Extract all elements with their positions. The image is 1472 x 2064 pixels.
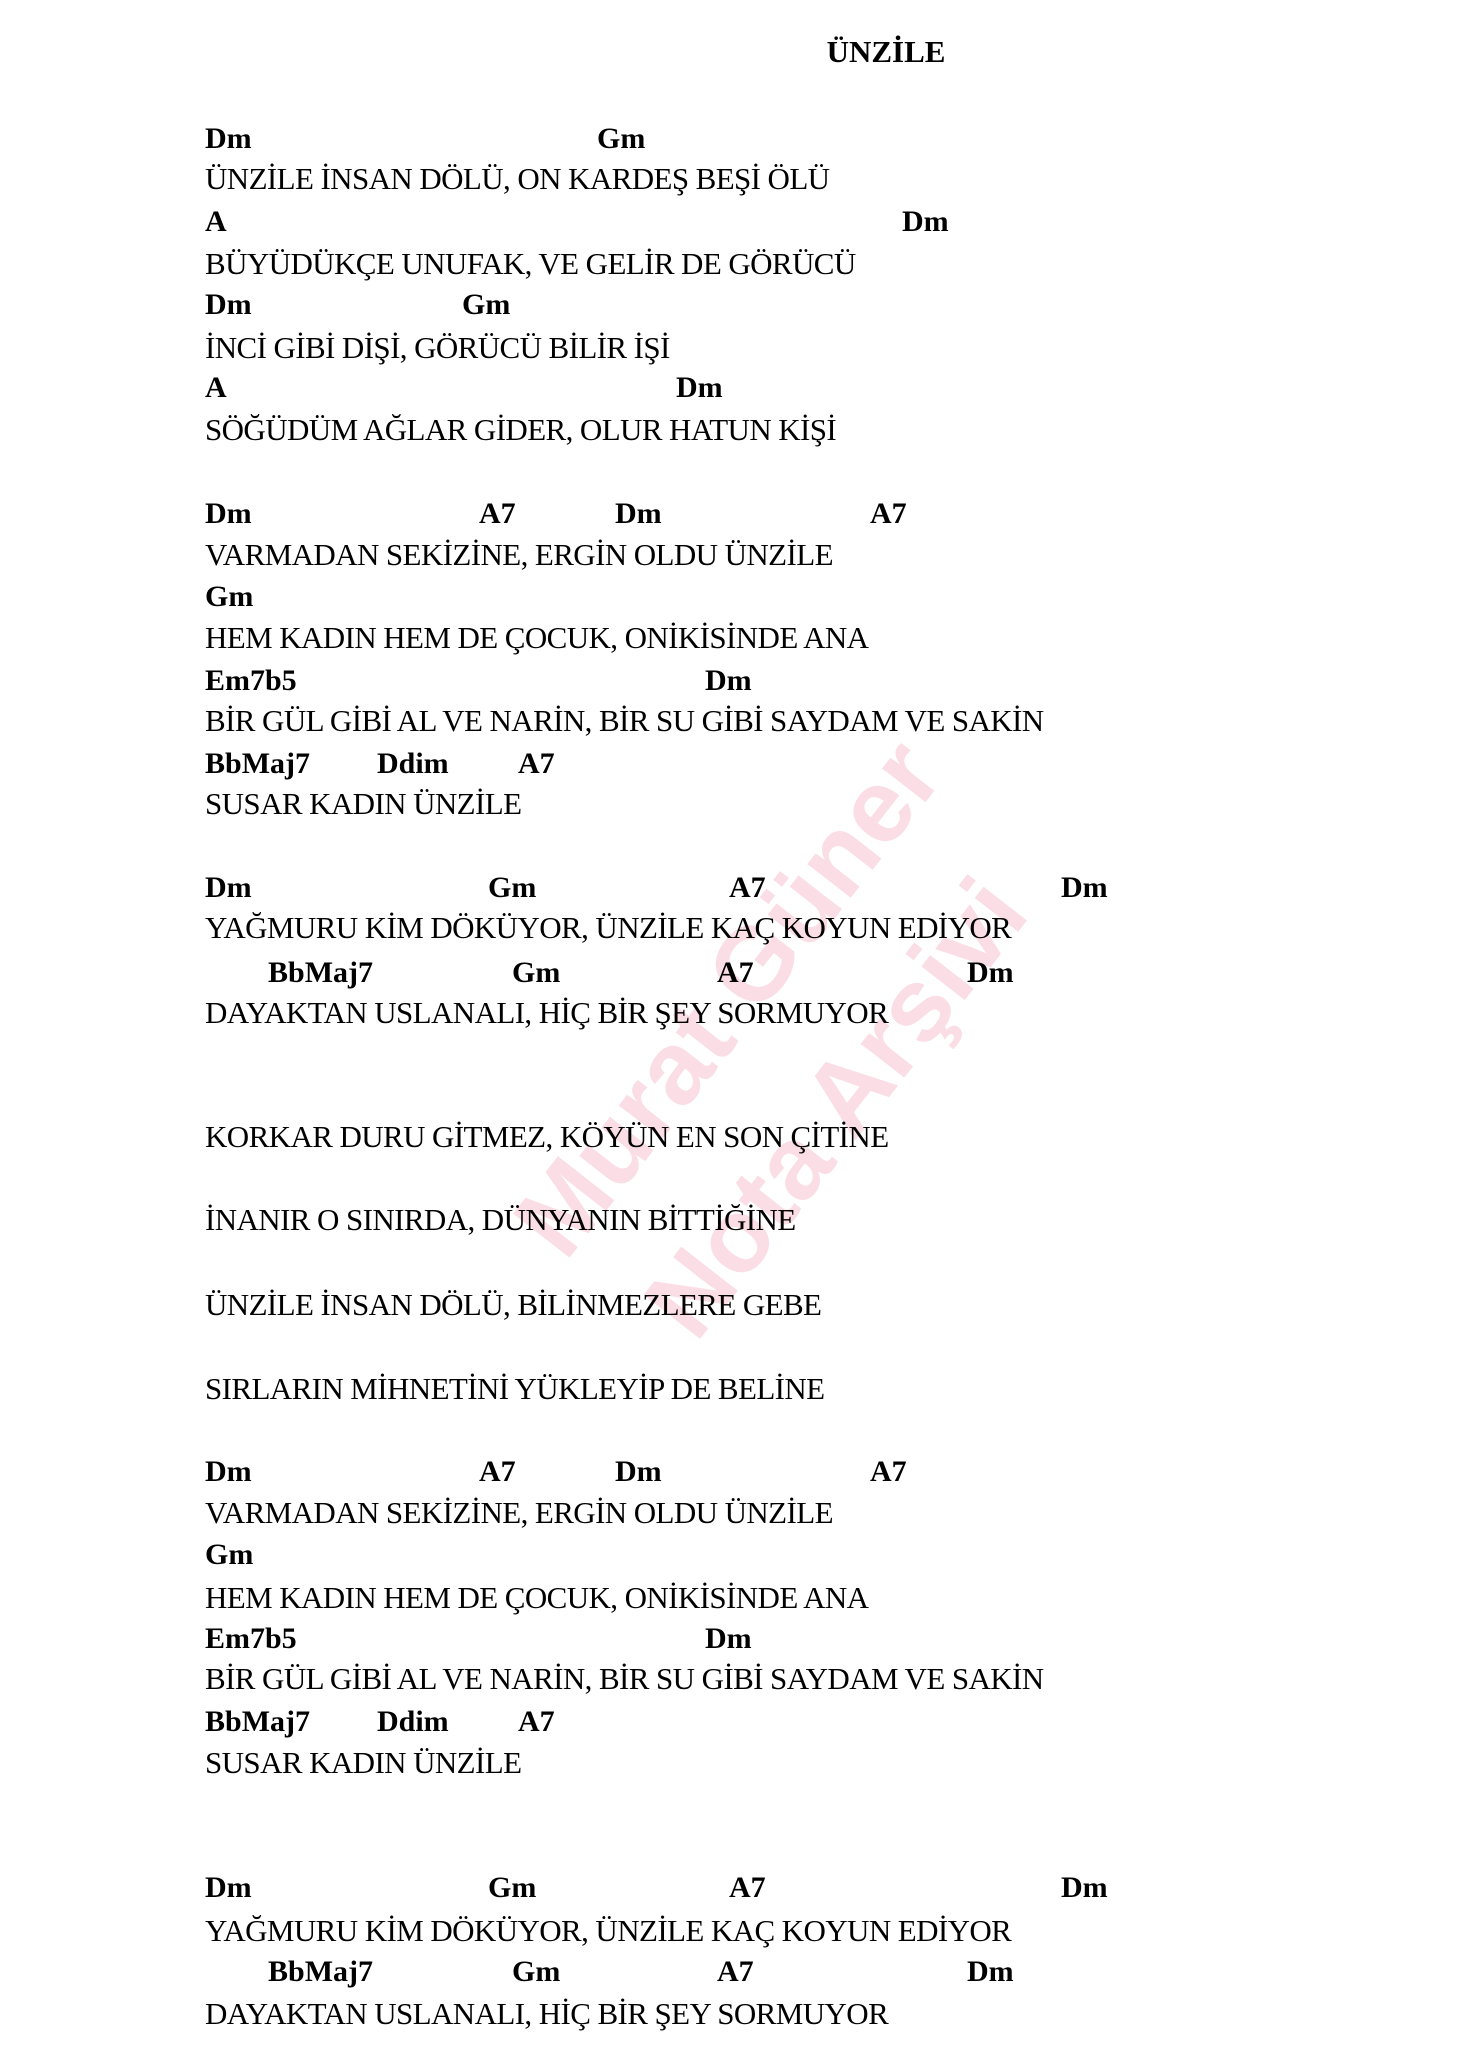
chord-symbol: Dm (676, 368, 723, 408)
chord-line: Gm (0, 577, 1472, 617)
lyric-line: ÜNZİLE İNSAN DÖLÜ, ON KARDEŞ BEŞİ ÖLÜ (205, 159, 829, 199)
chord-line: BbMaj7DdimA7 (0, 744, 1472, 784)
chord-symbol: Dm (205, 119, 252, 159)
chord-symbol: Dm (205, 285, 252, 325)
chord-symbol: Dm (205, 1868, 252, 1908)
song-title: ÜNZİLE (0, 34, 1472, 70)
chord-symbol: A7 (717, 1952, 754, 1992)
lyric-line: DAYAKTAN USLANALI, HİÇ BİR ŞEY SORMUYOR (205, 1994, 888, 2034)
chord-symbol: Em7b5 (205, 1619, 297, 1659)
chord-symbol: A7 (870, 494, 907, 534)
lyric-line: BİR GÜL GİBİ AL VE NARİN, BİR SU GİBİ SA… (205, 701, 1044, 741)
chord-symbol: A7 (479, 1452, 516, 1492)
chord-symbol: BbMaj7 (205, 1702, 310, 1742)
chord-symbol: Em7b5 (205, 661, 297, 701)
lyric-line: YAĞMURU KİM DÖKÜYOR, ÜNZİLE KAÇ KOYUN ED… (205, 908, 1011, 948)
lyric-line: KORKAR DURU GİTMEZ, KÖYÜN EN SON ÇİTİNE (205, 1117, 889, 1157)
lyric-line: İNCİ GİBİ DİŞİ, GÖRÜCÜ BİLİR İŞİ (205, 328, 670, 368)
chord-symbol: Dm (967, 1952, 1014, 1992)
chord-symbol: Gm (512, 1952, 560, 1992)
lyric-line: DAYAKTAN USLANALI, HİÇ BİR ŞEY SORMUYOR (205, 993, 888, 1033)
chord-symbol: Dm (615, 1452, 662, 1492)
lyric-line: İNANIR O SINIRDA, DÜNYANIN BİTTİĞİNE (205, 1200, 796, 1240)
chord-line: Em7b5Dm (0, 1619, 1472, 1659)
chord-symbol: Dm (615, 494, 662, 534)
lyric-line: SÖĞÜDÜM AĞLAR GİDER, OLUR HATUN KİŞİ (205, 410, 836, 450)
chord-line: Gm (0, 1535, 1472, 1575)
chord-symbol: Gm (205, 1535, 253, 1575)
chord-line: ADm (0, 202, 1472, 242)
chord-symbol: Gm (462, 285, 510, 325)
chord-symbol: Gm (512, 953, 560, 993)
chord-line: BbMaj7DdimA7 (0, 1702, 1472, 1742)
chord-symbol: Gm (488, 868, 536, 908)
chord-line: DmA7DmA7 (0, 494, 1472, 534)
chord-symbol: Gm (597, 119, 645, 159)
chord-symbol: A7 (870, 1452, 907, 1492)
chord-symbol: A (205, 202, 227, 242)
chord-symbol: BbMaj7 (268, 1952, 373, 1992)
lyric-line: BİR GÜL GİBİ AL VE NARİN, BİR SU GİBİ SA… (205, 1659, 1044, 1699)
chord-line: BbMaj7GmA7Dm (0, 1952, 1472, 1992)
chord-symbol: Dm (967, 953, 1014, 993)
chord-symbol: Dm (705, 661, 752, 701)
chord-symbol: BbMaj7 (205, 744, 310, 784)
chord-symbol: Ddim (377, 1702, 449, 1742)
chord-symbol: Ddim (377, 744, 449, 784)
chord-symbol: Dm (705, 1619, 752, 1659)
lyric-line: SUSAR KADIN ÜNZİLE (205, 1743, 521, 1783)
chord-symbol: Gm (205, 577, 253, 617)
lyric-line: HEM KADIN HEM DE ÇOCUK, ONİKİSİNDE ANA (205, 1578, 868, 1618)
chord-symbol: A7 (518, 1702, 555, 1742)
chord-line: DmGmA7Dm (0, 868, 1472, 908)
chord-symbol: A7 (729, 868, 766, 908)
chord-symbol: A7 (717, 953, 754, 993)
lyric-line: VARMADAN SEKİZİNE, ERGİN OLDU ÜNZİLE (205, 535, 833, 575)
chord-line: BbMaj7GmA7Dm (0, 953, 1472, 993)
lyric-line: YAĞMURU KİM DÖKÜYOR, ÜNZİLE KAÇ KOYUN ED… (205, 1911, 1011, 1951)
chord-line: DmA7DmA7 (0, 1452, 1472, 1492)
lyric-line: BÜYÜDÜKÇE UNUFAK, VE GELİR DE GÖRÜCÜ (205, 244, 856, 284)
lyric-line: SUSAR KADIN ÜNZİLE (205, 784, 521, 824)
chord-symbol: Dm (205, 494, 252, 534)
chord-symbol: A7 (518, 744, 555, 784)
chord-symbol: BbMaj7 (268, 953, 373, 993)
chord-symbol: Gm (488, 1868, 536, 1908)
chord-symbol: Dm (1061, 868, 1108, 908)
chord-symbol: Dm (1061, 1868, 1108, 1908)
lyric-line: ÜNZİLE İNSAN DÖLÜ, BİLİNMEZLERE GEBE (205, 1285, 821, 1325)
chord-line: DmGmA7Dm (0, 1868, 1472, 1908)
chord-symbol: Dm (902, 202, 949, 242)
lyrics-sheet-page: Murat Güner Nota Arşivi ÜNZİLE DmGmÜNZİL… (0, 0, 1472, 2064)
chord-line: Em7b5Dm (0, 661, 1472, 701)
chord-line: DmGm (0, 285, 1472, 325)
lyric-line: VARMADAN SEKİZİNE, ERGİN OLDU ÜNZİLE (205, 1493, 833, 1533)
chord-symbol: Dm (205, 1452, 252, 1492)
chord-symbol: A7 (479, 494, 516, 534)
chord-line: DmGm (0, 119, 1472, 159)
chord-symbol: A7 (729, 1868, 766, 1908)
chord-symbol: Dm (205, 868, 252, 908)
chord-symbol: A (205, 368, 227, 408)
lyric-line: HEM KADIN HEM DE ÇOCUK, ONİKİSİNDE ANA (205, 618, 868, 658)
lyric-line: SIRLARIN MİHNETİNİ YÜKLEYİP DE BELİNE (205, 1369, 825, 1409)
chord-line: ADm (0, 368, 1472, 408)
